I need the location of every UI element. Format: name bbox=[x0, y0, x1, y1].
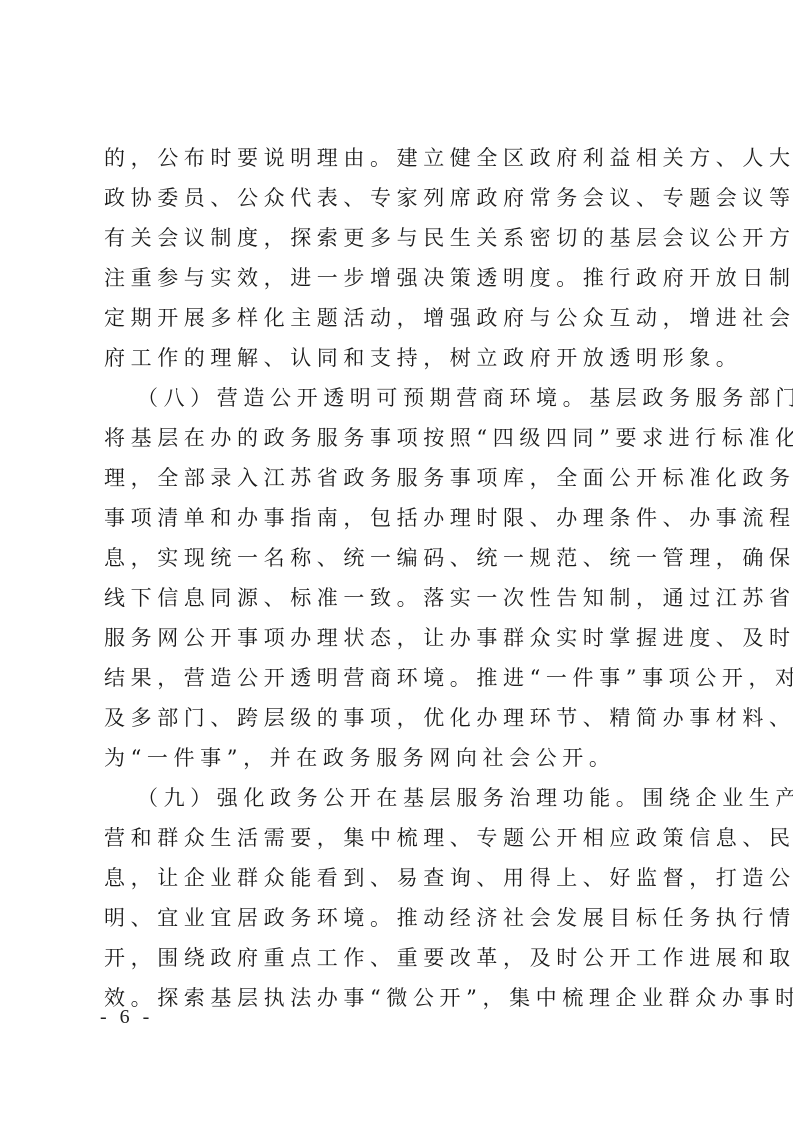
paragraph-line: 线下信息同源、标准一致。落实一次性告知制，通过江苏省政务 bbox=[104, 578, 704, 618]
section-heading-line: （八）营造公开透明可预期营商环境。基层政务服务部门要 bbox=[104, 378, 704, 418]
section-heading-line: （九）强化政务公开在基层服务治理功能。围绕企业生产经 bbox=[104, 778, 704, 818]
paragraph-line: 营和群众生活需要，集中梳理、专题公开相应政策信息、民生信 bbox=[104, 818, 704, 858]
paragraph-line: 明、宜业宜居政务环境。推动经济社会发展目标任务执行情况公 bbox=[104, 898, 704, 938]
paragraph-line: 效。探索基层执法办事“微公开”，集中梳理企业群众办事时的 bbox=[104, 978, 704, 1018]
paragraph-line: 的，公布时要说明理由。建立健全区政府利益相关方、人大代表、 bbox=[104, 138, 704, 178]
paragraph-line: 为“一件事”，并在政务服务网向社会公开。 bbox=[104, 738, 704, 778]
body-text: 的，公布时要说明理由。建立健全区政府利益相关方、人大代表、 政协委员、公众代表、… bbox=[104, 138, 704, 1018]
paragraph-line: 政协委员、公众代表、专家列席政府常务会议、专题会议等政府 bbox=[104, 178, 704, 218]
page-number: - 6 - bbox=[100, 1006, 153, 1029]
paragraph-line: 定期开展多样化主题活动，增强政府与公众互动，增进社会对政 bbox=[104, 298, 704, 338]
paragraph-line: 理，全部录入江苏省政务服务事项库，全面公开标准化政务服务 bbox=[104, 458, 704, 498]
paragraph-line: 开，围绕政府重点工作、重要改革，及时公开工作进展和取得成 bbox=[104, 938, 704, 978]
paragraph-line: 有关会议制度，探索更多与民生关系密切的基层会议公开方式， bbox=[104, 218, 704, 258]
paragraph-line: 息，实现统一名称、统一编码、统一规范、统一管理，确保线上 bbox=[104, 538, 704, 578]
paragraph-line: 注重参与实效，进一步增强决策透明度。推行政府开放日制度， bbox=[104, 258, 704, 298]
paragraph-line: 服务网公开事项办理状态，让办事群众实时掌握进度、及时获知 bbox=[104, 618, 704, 658]
paragraph-line: 息，让企业群众能看到、易查询、用得上、好监督，打造公开透 bbox=[104, 858, 704, 898]
document-page: 的，公布时要说明理由。建立健全区政府利益相关方、人大代表、 政协委员、公众代表、… bbox=[0, 0, 793, 1122]
paragraph-line: 及多部门、跨层级的事项，优化办理环节、精简办事材料、整合 bbox=[104, 698, 704, 738]
paragraph-line: 事项清单和办事指南，包括办理时限、办理条件、办事流程等信 bbox=[104, 498, 704, 538]
paragraph-line: 结果，营造公开透明营商环境。推进“一件事”事项公开，对涉 bbox=[104, 658, 704, 698]
paragraph-line: 府工作的理解、认同和支持，树立政府开放透明形象。 bbox=[104, 338, 704, 378]
paragraph-line: 将基层在办的政务服务事项按照“四级四同”要求进行标准化梳 bbox=[104, 418, 704, 458]
